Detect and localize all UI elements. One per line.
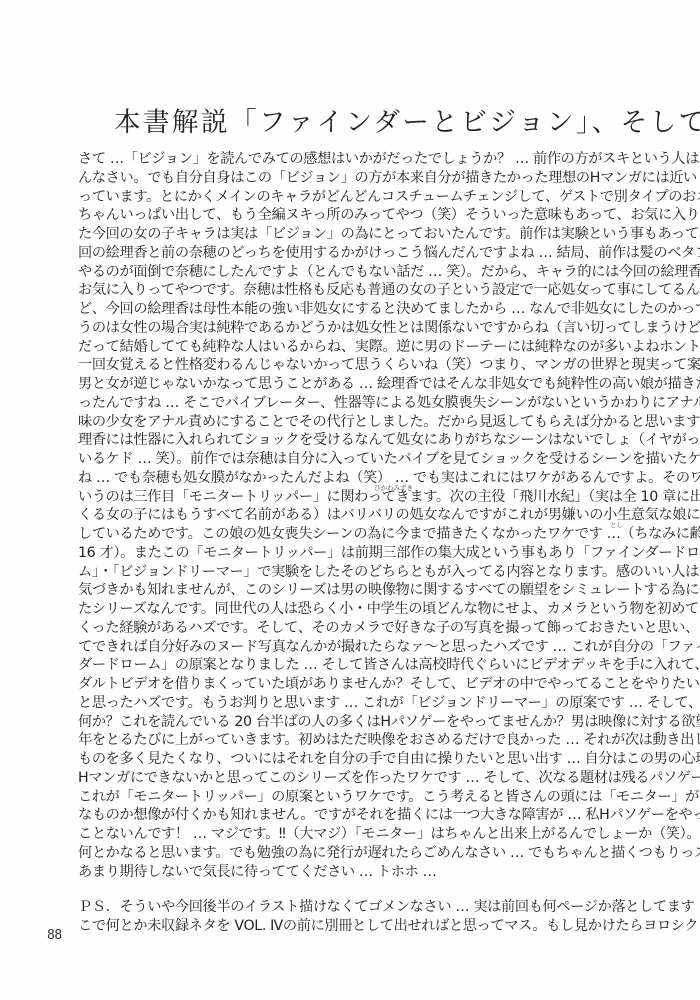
text-line: ダルトビデオを借りまくっていた頃がありませんか？そして、ビデオの中でやってること… (78, 675, 638, 694)
text-line: 何か？これを読んでいる 20 台半ばの人の多くはHパソゲーをやってませんか？男は… (78, 713, 638, 732)
text-line: いるケド … 笑）。前作では奈穂は自分に入っていたバイブを見てショックを受けるシ… (78, 450, 638, 469)
text-line: お気に入りってやつです。奈穂は性格も反応も普通の女の子という設定で一応処女って事… (78, 281, 638, 300)
text-line: ったんですね … そこでバイブレーター、性器等による処女膜喪失シーンがないという… (78, 394, 638, 413)
ruby-reading: とし (610, 516, 623, 535)
text-line: 気づきかも知れませんが、このシリーズは男の映像物に関するすべての願望をシミュレー… (78, 581, 638, 600)
text-line: Hマンガにできないかと思ってこのシリーズを作ったワケです … そして、次なる題材… (78, 769, 638, 788)
text-line: あまり期待しないで気長に待っててください … トホホ … (78, 863, 638, 882)
text-line: たシリーズなんです。同世代の人は恐らく小・中学生の頃どんな物にせよ、カメラという… (78, 600, 638, 619)
text-line: だって結婚してても純粋な人はいるからね、実際。逆に男のドーテーには純粋なのが多い… (78, 338, 638, 357)
text-line-with-ruby: いうのは三作目「モニタートリッパー」に関わってきます。次の主役「飛川水紀」（実は… (78, 488, 638, 507)
text-line: 味の少女をアナル責めにすることでその代行としました。だから見返してもらえば分かる… (78, 413, 638, 432)
text-line: ことないんです！ … マジです。‼（大マジ）「モニター」はちゃんと出来上がるんで… (78, 825, 638, 844)
text-line: 何とかなると思います。でも勉強の為に発行が遅れたらごめんなさい … でもちゃんと… (78, 844, 638, 863)
text-line: くる女の子にはもうすべて名前がある）はバリバリの処女なんですがこれが男嫌いの小生… (78, 506, 638, 525)
text-line: た今回の女の子キャラは実は「ビジョン」の為にとっておいたんです。前作は実験という… (78, 225, 638, 244)
text-line: 年をとるたびに上がっていきます。初めはただ映像をおさめるだけで良かった … それ… (78, 731, 638, 750)
commentary-body: さて …「ビジョン」を読んでみての感想はいかがだったでしょうか？ … 前作の方が… (78, 150, 638, 936)
text-line: なものか想像が付くかも知れません。ですがそれを描くには一つ大きな障害が … 私H… (78, 806, 638, 825)
text-line: ね … でも奈穂も処女膜がなかったんだよね（笑） … でも実はこれにはワケがある… (78, 469, 638, 488)
text-line: うのは女性の場合実は純粋であるかどうかは処女性とは関係ないですからね（言い切って… (78, 319, 638, 338)
text-line-content: しているためです。この娘の処女喪失シーンの為に今まで描きたくなかったワケです …… (78, 526, 700, 542)
text-line: 回の絵理香と前の奈穂のどっちを使用するかがけっこう悩んだんですよね … 結局、前… (78, 244, 638, 263)
text-line: これが「モニタートリッパー」の原案というワケです。こう考えると皆さんの頭には「モ… (78, 788, 638, 807)
text-line: っています。とにかくメインのキャラがどんどんコスチュームチェンジして、ゲストで別… (78, 188, 638, 207)
text-line: やるのが面倒で奈穂にしたんですよ（とんでもない話だ … 笑）。だから、キャラ的に… (78, 263, 638, 282)
paragraph-gap (78, 881, 638, 898)
text-line: さて …「ビジョン」を読んでみての感想はいかがだったでしょうか？ … 前作の方が… (78, 150, 638, 169)
ruby-reading: ひかわみずき (374, 479, 413, 498)
postscript-line: ＰＳ．そういや今回後半のイラスト描けなくてゴメンなさい … 実は前回も何ページか… (78, 898, 638, 917)
postscript-line: こで何とか未収録ネタを VOL. Ⅳの前に別冊として出せればと思ってマス。もし見… (78, 917, 638, 936)
text-line: んなさい。でも自分自身はこの「ビジョン」の方が本来自分が描きたかった理想のHマン… (78, 169, 638, 188)
text-line: 理香には性器に入れられてショックを受けるなんて処女にありがちなシーンはないでしょ… (78, 431, 638, 450)
text-line: くった経験があるハズです。そして、そのカメラで好きな子の写真を撮って飾っておきた… (78, 619, 638, 638)
text-line: てできれば自分好みのヌード写真なんかが撮れたらなァ〜と思ったハズです … これが… (78, 638, 638, 657)
text-line: 男と女が逆じゃないかなって思うことがある … 絵理香ではそんな非処女でも純粋性の… (78, 375, 638, 394)
text-line: と思ったハズです。もうお判りと思います … これが「ビジョンドリーマー」の原案で… (78, 694, 638, 713)
text-line: ものを多く見たくなり、ついにはそれを自分の手で自由に操りたいと思い出す … 自分… (78, 750, 638, 769)
text-line: 一回女覚えると性格変わるんじゃないかって思うくらいね（笑）つまり、マンガの世界と… (78, 356, 638, 375)
text-line: 16 才）。またこの「モニタートリッパー」は前期三部作の集大成という事もあり「フ… (78, 544, 638, 563)
text-line: ちゃんいっぱい出して、もう全編ヌキっ所のみってやつ（笑）そういった意味もあって、… (78, 206, 638, 225)
text-line: ダードローム」の原案となりました … そして皆さんは高校時代ぐらいにビデオデッキ… (78, 656, 638, 675)
page-title: 本書解説「ファインダーとビジョン」、そして … (114, 100, 634, 139)
page-number: 88 (47, 928, 62, 943)
text-line-with-ruby: しているためです。この娘の処女喪失シーンの為に今まで描きたくなかったワケです …… (78, 525, 638, 544)
text-line: ム」・「ビジョンドリーマー」で実験をしたそのどちらともが入ってる内容となります。… (78, 563, 638, 582)
text-line: ど、今回の絵理香は母性本能の強い非処女にすると決めてましたから … なんで非処女… (78, 300, 638, 319)
